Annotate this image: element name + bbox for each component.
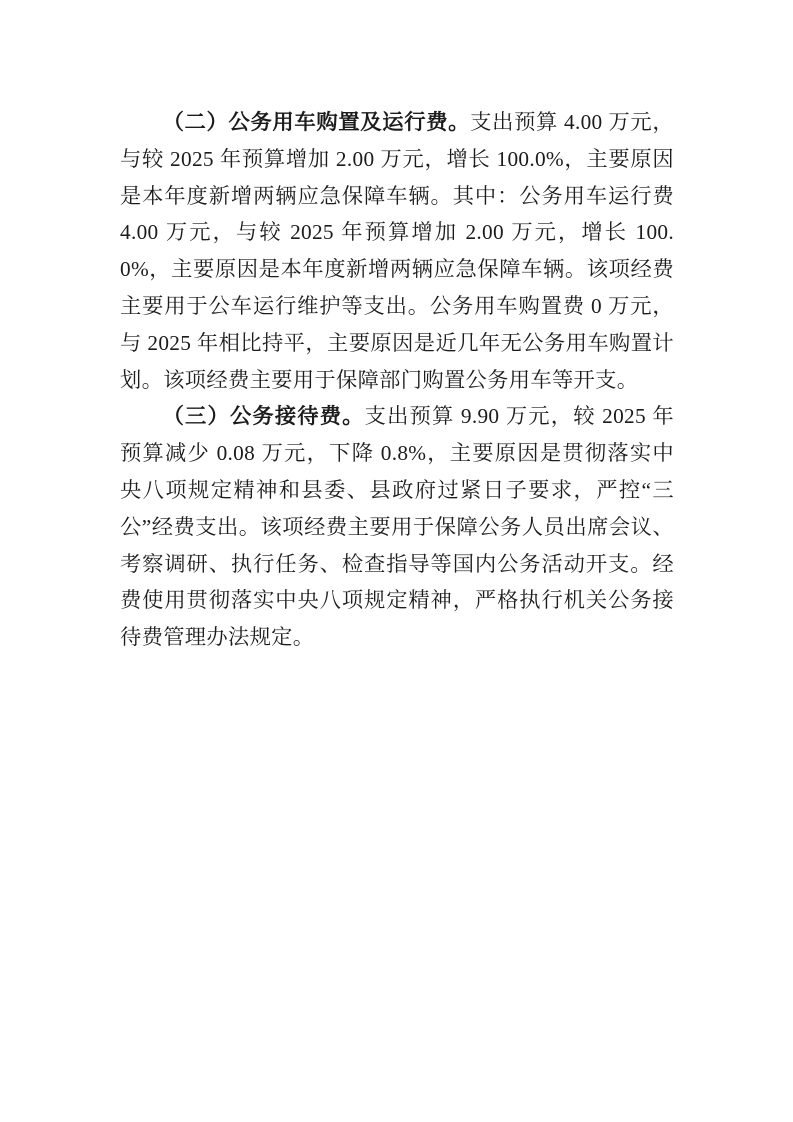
paragraph-heading: （三）公务接待费。 xyxy=(163,404,365,428)
paragraph-vehicle-purchase-operation-fee: （二）公务用车购置及运行费。支出预算 4.00 万元，与较 2025 年预算增加… xyxy=(120,104,674,398)
paragraph-body: 支出预算 4.00 万元，与较 2025 年预算增加 2.00 万元，增长 10… xyxy=(120,110,674,392)
paragraph-official-reception-fee: （三）公务接待费。支出预算 9.90 万元，较 2025 年预算减少 0.08 … xyxy=(120,398,674,656)
paragraph-body: 支出预算 9.90 万元，较 2025 年预算减少 0.08 万元，下降 0.8… xyxy=(120,404,674,649)
paragraph-heading: （二）公务用车购置及运行费。 xyxy=(163,110,471,134)
document-page: （二）公务用车购置及运行费。支出预算 4.00 万元，与较 2025 年预算增加… xyxy=(0,0,793,1122)
document-content: （二）公务用车购置及运行费。支出预算 4.00 万元，与较 2025 年预算增加… xyxy=(120,104,674,656)
